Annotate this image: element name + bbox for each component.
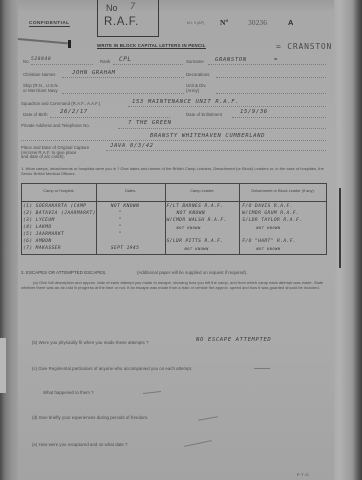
camp-leader-entry: F/LT BARNES R.A.F. (167, 203, 240, 210)
serial-label: Nº (220, 18, 228, 27)
camp-entry: (7) MAKASSER (23, 245, 96, 252)
raf-stamp: No 7 R.A.F. (97, 0, 159, 37)
question-2c-followup: What happened to them ? (43, 390, 94, 395)
surname-label: Surname (186, 59, 204, 64)
liberated-pow-questionnaire: CONFIDENTIAL No 7 R.A.F. M.I. 9 (AP) Nº … (18, 0, 334, 480)
block-leader-cell: F/O DAVIS R.A.F. W/CMDR GRUM R.A.F. S/LD… (240, 202, 327, 255)
question-2b: (b) Were you physically fit when you mad… (32, 340, 149, 345)
scan-edge-left (0, 0, 10, 480)
question-2e: (e) How were you recaptured and on what … (32, 442, 127, 447)
decorations-line (216, 77, 326, 78)
camp-leader-entry: NOT KNOWN (167, 210, 240, 217)
dob-line (50, 117, 170, 118)
question-2d: (d) Give briefly your experiences during… (32, 415, 148, 420)
rank-line (113, 64, 183, 65)
camp-entry: (3) LYCEUM (23, 217, 96, 224)
answer-2b: NO ESCAPE ATTEMPTED (196, 337, 271, 343)
stamp-no-label: No (106, 3, 118, 13)
camp-leader-entry (167, 231, 240, 238)
dash-mark (254, 368, 270, 369)
capture-value: JAVA 8/3/42 (110, 143, 154, 149)
table-row: (1) SOERAKARTA (CAMP (2) BATAVIA (JAARMA… (22, 202, 327, 255)
camp-leader-entry: S/LDR PITTS R.A.F. (167, 238, 240, 245)
surname-line (208, 64, 326, 65)
ship-line (62, 93, 184, 94)
dob-label: Date of Birth (23, 112, 48, 117)
block-leader-entry: S/LDR TAYLOR R.A.F. (242, 217, 326, 224)
dates-cell: NOT KNOWN " " " " SEPT 1945 (96, 202, 165, 255)
stamp-no-value: 7 (130, 2, 135, 12)
service-no-value: 528840 (31, 57, 51, 62)
address-line1-rule (118, 128, 326, 129)
christian-names-line (62, 77, 184, 78)
address-label: Private Address and Telephone No. (21, 123, 90, 128)
column-header-camp: Camp or Hospital. (22, 184, 97, 202)
file-tab (0, 338, 6, 393)
ship-label-2: or Merchant Navy (23, 88, 58, 93)
camp-leader-entry: NOT KNOWN (167, 245, 240, 252)
block-leader-entry: NOT KNOWN (242, 245, 326, 252)
section1-question: 1. What camps, detachments or hospitals … (21, 166, 327, 176)
camps-table: Camp or Hospital. Dates. Camp Leader. De… (21, 183, 327, 255)
christian-names-label: Christian Names (23, 72, 56, 77)
address-line1: 7 THE GREEN (128, 120, 172, 126)
date-entry: " (111, 224, 165, 231)
service-no-label: No. (23, 59, 30, 64)
dash-mark (143, 391, 161, 394)
enlistment-label: Date of Enlistment (186, 112, 222, 117)
classification-label: CONFIDENTIAL (29, 21, 70, 27)
camp-leader-entry: NOT KNOWN (167, 224, 240, 231)
top-fold (18, 0, 334, 14)
camp-entry: (5) JAARMARKT (23, 231, 96, 238)
camp-entry: (6) AMBON (23, 238, 96, 245)
form-reference: M.I. 9 (AP) (187, 21, 204, 25)
date-entry: NOT KNOWN (111, 203, 165, 210)
squadron-line (128, 106, 326, 107)
serial-number: 30236 (248, 18, 267, 27)
block-leader-entry: NOT KNOWN (242, 224, 326, 231)
treasury-tag-string (18, 38, 68, 44)
block-leader-entry: F/O "HART" R.A.F. (242, 238, 326, 245)
address-line2-rule (21, 140, 326, 141)
question-2c: (c) Give Regimental particulars of anyon… (32, 366, 192, 371)
capture-line (106, 150, 326, 151)
question-2a: (a) Give full description and approx. da… (21, 280, 327, 290)
treasury-tag-knot (68, 40, 71, 48)
column-header-camp-leader: Camp Leader. (165, 184, 240, 202)
section2-note: (Additional paper will be supplied on re… (137, 270, 247, 275)
enlistment-line (232, 117, 326, 118)
serial-letter: A (288, 18, 293, 27)
camp-entry: (2) BATAVIA (JAARMARKT) (23, 210, 96, 217)
pencil-instruction: WRITE IN BLOCK CAPITAL LETTERS IN PENCIL (97, 43, 206, 49)
dash-mark (198, 416, 218, 420)
please-turn-over: P.T.O. (297, 473, 311, 477)
address-line2: BRANSTY WHITEHAVEN CUMBERLAND (150, 133, 265, 139)
date-entry: SEPT 1945 (111, 245, 165, 252)
christian-names-value: JOHN GRAHAM (72, 70, 116, 76)
service-no-line (31, 64, 93, 65)
surname-annotation: = CRANSTON (276, 42, 332, 51)
surname-value: GRANSTON (215, 57, 247, 63)
capture-label-3: and date of a/c crash). (21, 154, 65, 159)
column-header-dates: Dates. (96, 184, 165, 202)
date-entry: " (111, 217, 165, 224)
squadron-label: Squadron and Command (R.A.F., A.A.F.) (21, 101, 100, 106)
scan-edge-right (352, 0, 362, 480)
margin-bar (339, 188, 341, 268)
unit-label-2: (Army) (186, 88, 199, 93)
date-entry: " (111, 210, 165, 217)
column-header-block-leader: Detachment or Block Leader (if any). (240, 184, 327, 202)
camp-leader-entry: W/CMDR WALSH R.A.F. (167, 217, 240, 224)
date-entry (111, 238, 165, 245)
block-leader-entry: W/CMDR GRUM R.A.F. (242, 210, 326, 217)
enlistment-value: 15/9/36 (240, 109, 268, 115)
stamp-unit: R.A.F. (104, 16, 139, 28)
section2-heading: 2. ESCAPES OR ATTEMPTED ESCAPES. (21, 270, 106, 275)
rank-value: CPL (119, 56, 132, 63)
rank-label: Rank (100, 59, 110, 64)
unit-line (216, 93, 326, 94)
dob-value: 26/2/17 (60, 109, 88, 115)
dash-mark (184, 440, 212, 447)
decorations-label: Decorations (186, 72, 209, 77)
date-entry: " (111, 231, 165, 238)
camp-cell: (1) SOERAKARTA (CAMP (2) BATAVIA (JAARMA… (22, 202, 97, 255)
squadron-value: 153 MAINTENANCE UNIT R.A.F. (132, 99, 239, 105)
camp-entry: (4) LAKMO (23, 224, 96, 231)
block-leader-entry: F/O DAVIS R.A.F. (242, 203, 326, 210)
camp-entry: (1) SOERAKARTA (CAMP (23, 203, 96, 210)
block-leader-entry (242, 231, 326, 238)
surname-mark: = (274, 57, 278, 63)
camp-leader-cell: F/LT BARNES R.A.F. NOT KNOWN W/CMDR WALS… (165, 202, 240, 255)
